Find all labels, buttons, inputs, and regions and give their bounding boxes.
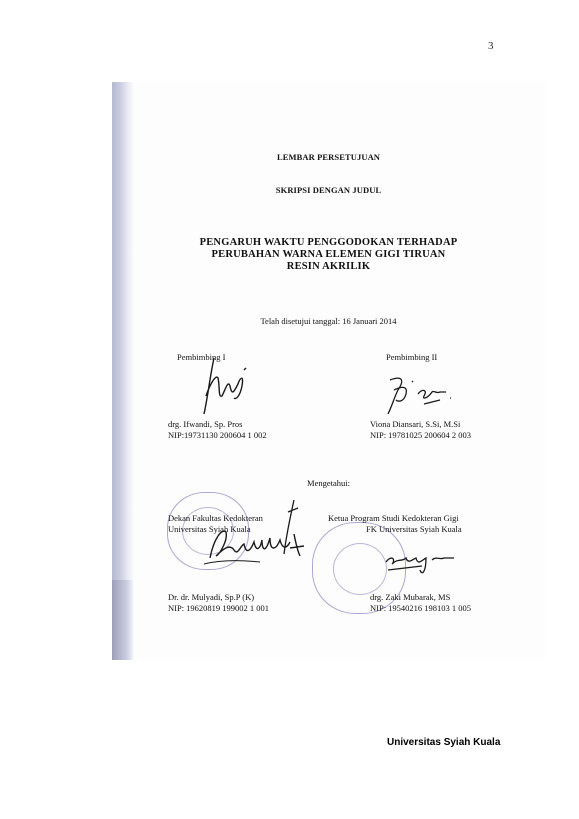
- supervisor-2-nip: NIP: 19781025 200604 2 003: [370, 430, 471, 441]
- footer-university: Universitas Syiah Kuala: [387, 737, 500, 748]
- thesis-subheading: SKRIPSI DENGAN JUDUL: [112, 185, 545, 195]
- thesis-title-line-2: PERUBAHAN WARNA ELEMEN GIGI TIRUAN: [112, 249, 545, 261]
- approval-heading: LEMBAR PERSETUJUAN: [112, 152, 545, 162]
- official-2-nip: NIP: 19540216 198103 1 005: [370, 603, 471, 614]
- official-1-name: Dr. dr. Mulyadi, Sp.P (K): [168, 592, 254, 603]
- scan-edge-shadow-bottom: [112, 580, 134, 660]
- thesis-title-line-3: RESIN AKRILIK: [112, 261, 545, 273]
- supervisor-1-signature: [192, 356, 262, 418]
- official-2-role-line-2: FK Universitas Syiah Kuala: [366, 524, 462, 535]
- official-2-name: drg. Zaki Mubarak, MS: [370, 592, 450, 603]
- thesis-title-line-1: PENGARUH WAKTU PENGGODOKAN TERHADAP: [112, 237, 545, 249]
- approval-date: Telah disetujui tanggal: 16 Januari 2014: [112, 316, 545, 327]
- supervisor-2-signature: [384, 372, 464, 417]
- official-1-nip: NIP: 19620819 199002 1 001: [168, 603, 269, 614]
- supervisor-2-role: Pembimbing II: [386, 352, 437, 363]
- page-number: 3: [488, 40, 494, 52]
- supervisor-1-name: drg. Ifwandi, Sp. Pros: [168, 419, 242, 430]
- official-1-signature: [200, 498, 310, 578]
- scan-edge-shadow: [112, 82, 134, 660]
- acknowledged-label: Mengetahui:: [112, 478, 545, 489]
- scanned-approval-page: LEMBAR PERSETUJUAN SKRIPSI DENGAN JUDUL …: [112, 82, 545, 660]
- official-2-role-line-1: Ketua Program Studi Kedokteran Gigi: [328, 513, 459, 524]
- supervisor-1-nip: NIP:19731130 200604 1 002: [168, 430, 267, 441]
- supervisor-2-name: Viona Diansari, S.Si, M.Si: [370, 419, 460, 430]
- official-2-signature: [382, 548, 462, 578]
